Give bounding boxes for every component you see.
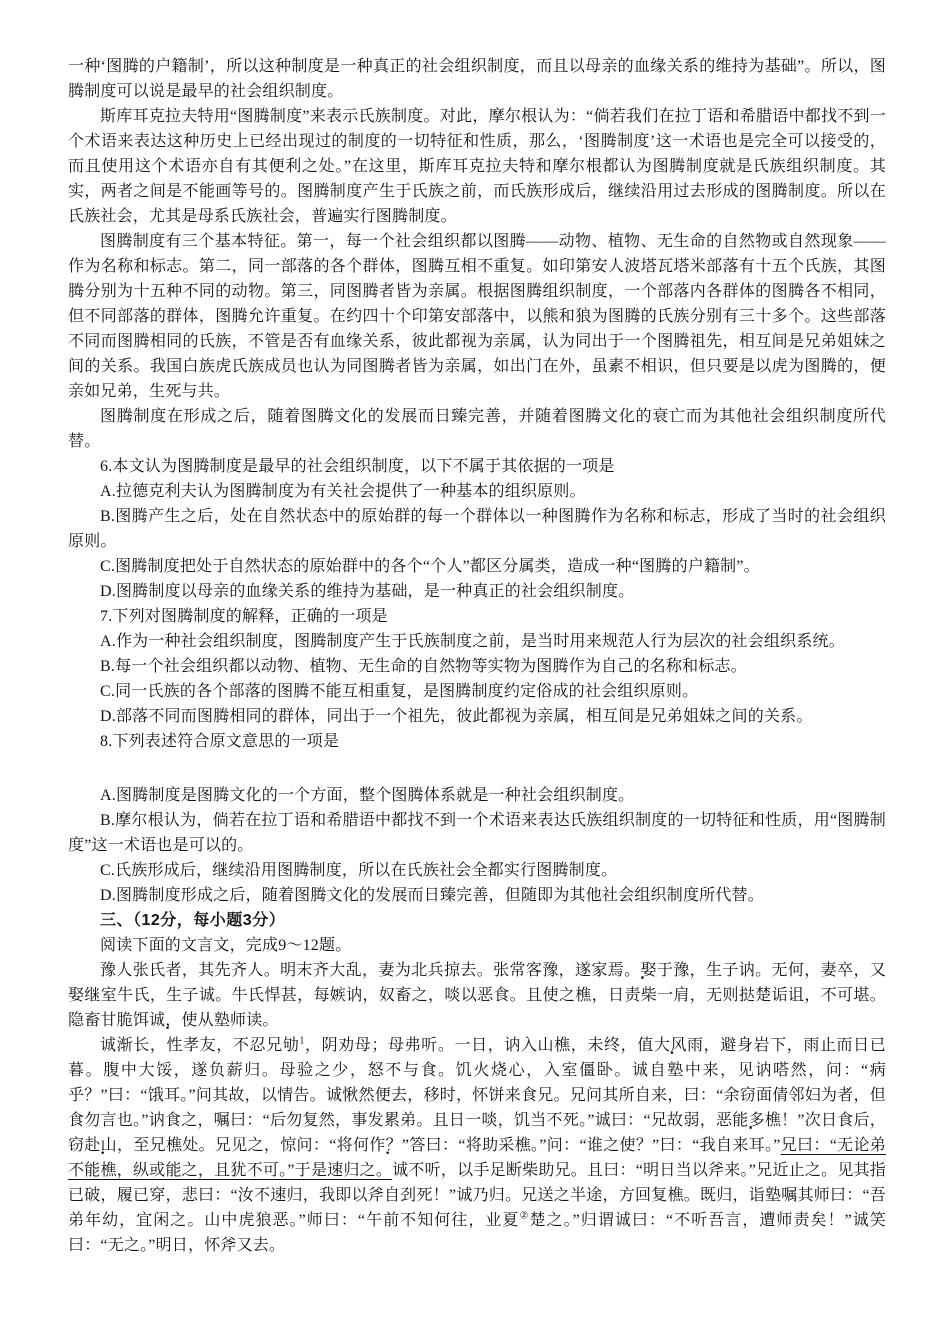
marked-text-dot: 饵 [133,1012,149,1029]
passage-instruction: 阅读下面的文言文，完成9～12题。 [68,933,886,958]
question-7-option-d: D.部落不同而图腾相同的群体，同出于一个祖先，彼此都视为亲属，相互间是兄弟姐妹之… [68,704,886,729]
question-8-option-a: A.图腾制度是图腾文化的一个方面，整个图腾体系就是一种社会组织制度。 [68,783,886,808]
question-6-option-c: C.图腾制度把处于自然状态的原始群中的各个“个人”都区分属类，造成一种“图腾的户… [68,554,886,579]
plain-text: 赴山，至兄樵处。兄见之，惊问：“将 [84,1137,353,1154]
essay-paragraph-2: 斯库耳克拉夫特用“图腾制度”来表示氏族制度。对此，摩尔根认为：“倘若我们在拉丁语… [68,104,886,229]
essay-paragraph-3: 图腾制度有三个基本特征。第一，每一个社会组织都以图腾——动物、植物、无生命的自然… [68,229,886,404]
question-8-option-d: D.图腾制度形成之后，随着图腾文化的发展而日臻完善，但随即为其他社会组织制度所代… [68,883,886,908]
classical-paragraph-1: 豫人张氏者，其先齐人。明末齐大乱，妻为北兵掠去。张常客豫，遂家焉。娶于豫，生子讷… [68,958,886,1033]
question-8-option-c: C.氏族形成后，继续沿用图腾制度，所以在氏族社会全都实行图腾制度。 [68,858,886,883]
marked-text-dot: 窃 [68,1137,84,1154]
classical-paragraph-2: 诚渐长，性孝友，不忍兄劬1，阴劝母；母弗听。一日，讷入山樵，未终，值大风雨，避身… [68,1033,886,1258]
plain-text: 能多樵！”次日食后， [732,1112,886,1129]
question-7-option-c: C.同一氏族的各个部落的图腾不能互相重复，是图腾制度约定俗成的社会组织原则。 [68,679,886,704]
marked-text-sup: ② [519,1211,529,1222]
exam-page: 一种‘图腾的户籍制’，所以这种制度是一种真正的社会组织制度，而且以母亲的血缘关系… [0,0,950,1344]
question-8-option-b: B.摩尔根认为，倘若在拉丁语和希腊语中都找不到一个术语来表达氏族组织制度的一切特… [68,808,886,858]
section-3-heading: 三、（12分，每小题3分） [68,908,886,933]
essay-paragraph-4: 图腾制度在形成之后，随着图腾文化的发展而日臻完善，并随着图腾文化的衰亡而为其他社… [68,404,886,454]
question-7-option-a: A.作为一种社会组织制度，图腾制度产生于氏族制度之前，是当时用来规范人行为层次的… [68,629,886,654]
question-8-stem: 8.下列表述符合原文意思的一项是 [68,729,886,754]
plain-text: 诚渐长，性孝友，不忍兄劬 [100,1037,299,1054]
plain-text: 豫人张氏者，其先齐人。明末齐大乱，妻为北兵掠去。张常客豫，遂家 [100,962,608,979]
question-7-stem: 7.下列对图腾制度的解释，正确的一项是 [68,604,886,629]
question-7-option-b: B.每一个社会组织都以动物、植物、无生命的自然物等实物为图腾作为自己的名称和标志… [68,654,886,679]
question-6-option-d: D.图腾制度以母亲的血缘关系的维持为基础，是一种真正的社会组织制度。 [68,579,886,604]
question-6-option-b: B.图腾产生之后，处在自然状态中的原始群的每一个群体以一种图腾作为名称和标志，形… [68,504,886,554]
essay-paragraph-continuation: 一种‘图腾的户籍制’，所以这种制度是一种真正的社会组织制度，而且以母亲的血缘关系… [68,54,886,104]
marked-text-dot: 何 [353,1137,369,1154]
marked-text-dot: 恶 [716,1112,732,1129]
question-6-option-a: A.拉德克利夫认为图腾制度为有关社会提供了一种基本的组织原则。 [68,479,886,504]
document-body: 一种‘图腾的户籍制’，所以这种制度是一种真正的社会组织制度，而且以母亲的血缘关系… [68,54,886,1258]
question-6-stem: 6.本文认为图腾制度是最早的社会组织制度，以下不属于其依据的一项是 [68,454,886,479]
marked-text-dot: 焉 [608,962,624,979]
marked-text-dot: 值 [637,1037,654,1054]
plain-text: ，阴劝母；母弗听。一日，讷入山樵，未终， [305,1037,638,1054]
